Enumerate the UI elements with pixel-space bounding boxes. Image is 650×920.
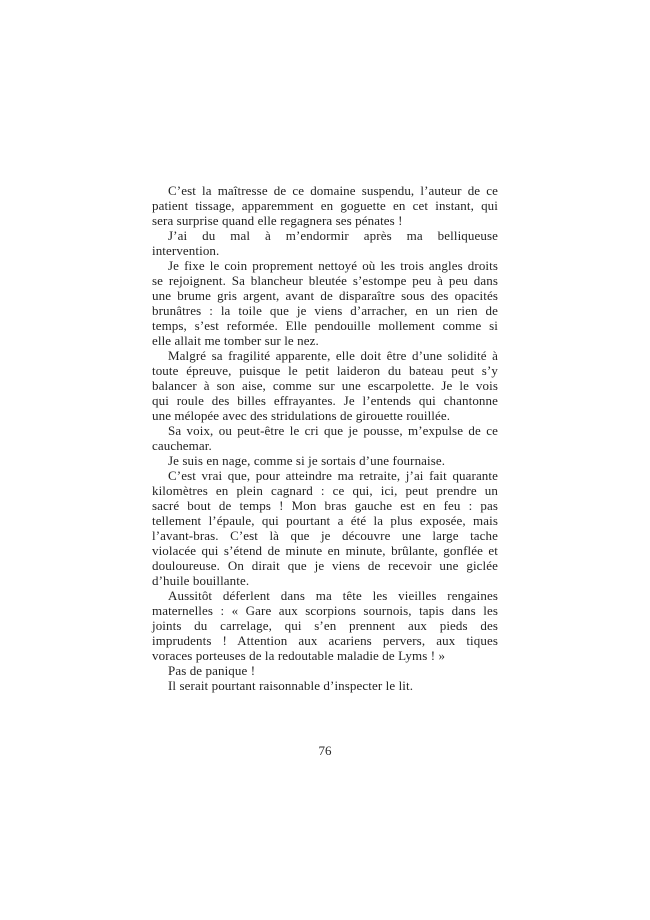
text-line: se rejoignent. Sa blancheur bleutée s’es… xyxy=(152,273,498,288)
text-line: Pas de panique ! xyxy=(152,663,498,678)
paragraph: Pas de panique ! xyxy=(152,663,498,678)
paragraph: C’est vrai que, pour atteindre ma retrai… xyxy=(152,468,498,588)
text-line: l’avant-bras. C’est là que je découvre u… xyxy=(152,528,498,543)
text-line: patient tissage, apparemment en goguette… xyxy=(152,198,498,213)
paragraph: Je fixe le coin proprement nettoyé où le… xyxy=(152,258,498,348)
paragraph: C’est la maîtresse de ce domaine suspend… xyxy=(152,183,498,228)
text-line: Je fixe le coin proprement nettoyé où le… xyxy=(152,258,498,273)
text-line: Aussitôt déferlent dans ma tête les viei… xyxy=(152,588,498,603)
text-line: cauchemar. xyxy=(152,438,498,453)
page-number: 76 xyxy=(152,743,498,759)
paragraph: J’ai du mal à m’endormir après ma belliq… xyxy=(152,228,498,258)
text-line: sacré bout de temps ! Mon bras gauche es… xyxy=(152,498,498,513)
text-line: imprudents ! Attention aux acariens perv… xyxy=(152,633,498,648)
text-line: voraces porteuses de la redoutable malad… xyxy=(152,648,498,663)
text-line: Il serait pourtant raisonnable d’inspect… xyxy=(152,678,498,693)
text-block: C’est la maîtresse de ce domaine suspend… xyxy=(152,183,498,693)
text-line: elle allait me tomber sur le nez. xyxy=(152,333,498,348)
text-line: sera surprise quand elle regagnera ses p… xyxy=(152,213,498,228)
text-line: Malgré sa fragilité apparente, elle doit… xyxy=(152,348,498,363)
text-line: temps, s’est reformée. Elle pendouille m… xyxy=(152,318,498,333)
text-line: qui roule des billes effrayantes. Je l’e… xyxy=(152,393,498,408)
text-line: tellement l’épaule, qui pourtant a été l… xyxy=(152,513,498,528)
text-line: toute épreuve, puisque le petit laideron… xyxy=(152,363,498,378)
text-line: joints du carrelage, qui s’en prennent a… xyxy=(152,618,498,633)
paragraph: Je suis en nage, comme si je sortais d’u… xyxy=(152,453,498,468)
text-line: J’ai du mal à m’endormir après ma belliq… xyxy=(152,228,498,243)
paragraph: Aussitôt déferlent dans ma tête les viei… xyxy=(152,588,498,663)
text-line: C’est vrai que, pour atteindre ma retrai… xyxy=(152,468,498,483)
text-line: violacée qui s’étend de minute en minute… xyxy=(152,543,498,558)
paragraph: Il serait pourtant raisonnable d’inspect… xyxy=(152,678,498,693)
text-line: balancer à son aise, comme sur une escar… xyxy=(152,378,498,393)
text-line: douloureuse. On dirait que je viens de r… xyxy=(152,558,498,573)
book-page: C’est la maîtresse de ce domaine suspend… xyxy=(0,0,650,920)
paragraph: Malgré sa fragilité apparente, elle doit… xyxy=(152,348,498,423)
text-line: maternelles : « Gare aux scorpions sourn… xyxy=(152,603,498,618)
text-line: kilomètres en plein cagnard : ce qui, ic… xyxy=(152,483,498,498)
text-line: C’est la maîtresse de ce domaine suspend… xyxy=(152,183,498,198)
text-line: d’huile bouillante. xyxy=(152,573,498,588)
text-line: intervention. xyxy=(152,243,498,258)
text-line: brunâtres : la toile que je viens d’arra… xyxy=(152,303,498,318)
text-line: Sa voix, ou peut-être le cri que je pous… xyxy=(152,423,498,438)
text-line: une mélopée avec des stridulations de gi… xyxy=(152,408,498,423)
text-line: une brume gris argent, avant de disparaî… xyxy=(152,288,498,303)
text-line: Je suis en nage, comme si je sortais d’u… xyxy=(152,453,498,468)
paragraph: Sa voix, ou peut-être le cri que je pous… xyxy=(152,423,498,453)
